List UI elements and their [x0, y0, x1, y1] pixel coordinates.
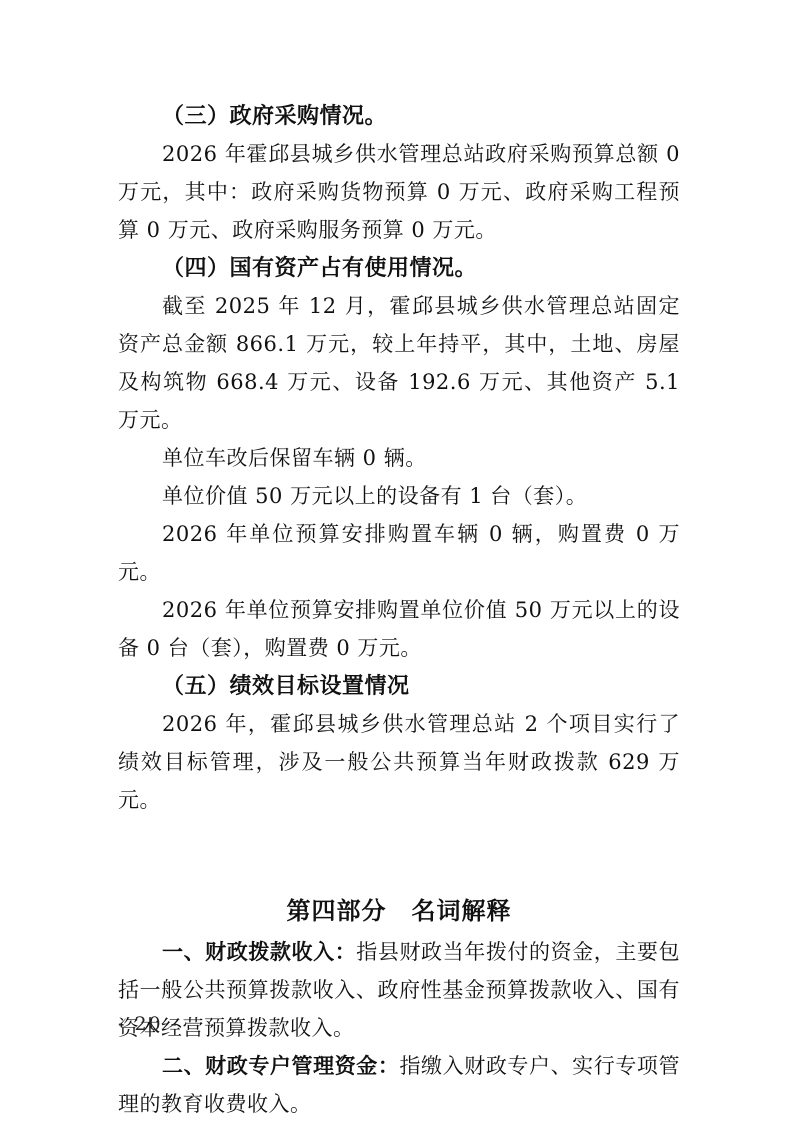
term-paragraph: 一、财政拨款收入：指县财政当年拨付的资金，主要包括一般公共预算拨款收入、政府性基…	[118, 933, 680, 1047]
body-paragraph: 2026 年霍邱县城乡供水管理总站政府采购预算总额 0 万元，其中：政府采购货物…	[118, 135, 680, 249]
document-body: （三）政府采购情况。2026 年霍邱县城乡供水管理总站政府采购预算总额 0 万元…	[118, 97, 680, 1122]
term-paragraph: 二、财政专户管理资金：指缴入财政专户、实行专项管理的教育收费收入。	[118, 1047, 680, 1122]
document-page: （三）政府采购情况。2026 年霍邱县城乡供水管理总站政府采购预算总额 0 万元…	[0, 0, 793, 1122]
body-paragraph: 2026 年，霍邱县城乡供水管理总站 2 个项目实行了绩效目标管理，涉及一般公共…	[118, 705, 680, 819]
term-lead: 二、财政专户管理资金：	[162, 1054, 399, 1078]
term-lead: 一、财政拨款收入：	[162, 940, 356, 964]
body-paragraph: 单位价值 50 万元以上的设备有 1 台（套）。	[118, 477, 680, 515]
section-subheading: （四）国有资产占有使用情况。	[118, 249, 680, 287]
body-paragraph: 截至 2025 年 12 月，霍邱县城乡供水管理总站固定资产总金额 866.1 …	[118, 287, 680, 439]
body-paragraph: 2026 年单位预算安排购置车辆 0 辆，购置费 0 万元。	[118, 515, 680, 591]
section-subheading: （五）绩效目标设置情况	[118, 667, 680, 705]
part-title: 第四部分 名词解释	[118, 891, 680, 931]
body-paragraph: 2026 年单位预算安排购置单位价值 50 万元以上的设备 0 台（套），购置费…	[118, 591, 680, 667]
section-subheading: （三）政府采购情况。	[118, 97, 680, 135]
body-paragraph: 单位车改后保留车辆 0 辆。	[118, 439, 680, 477]
page-number: - 20 -	[118, 1012, 179, 1036]
